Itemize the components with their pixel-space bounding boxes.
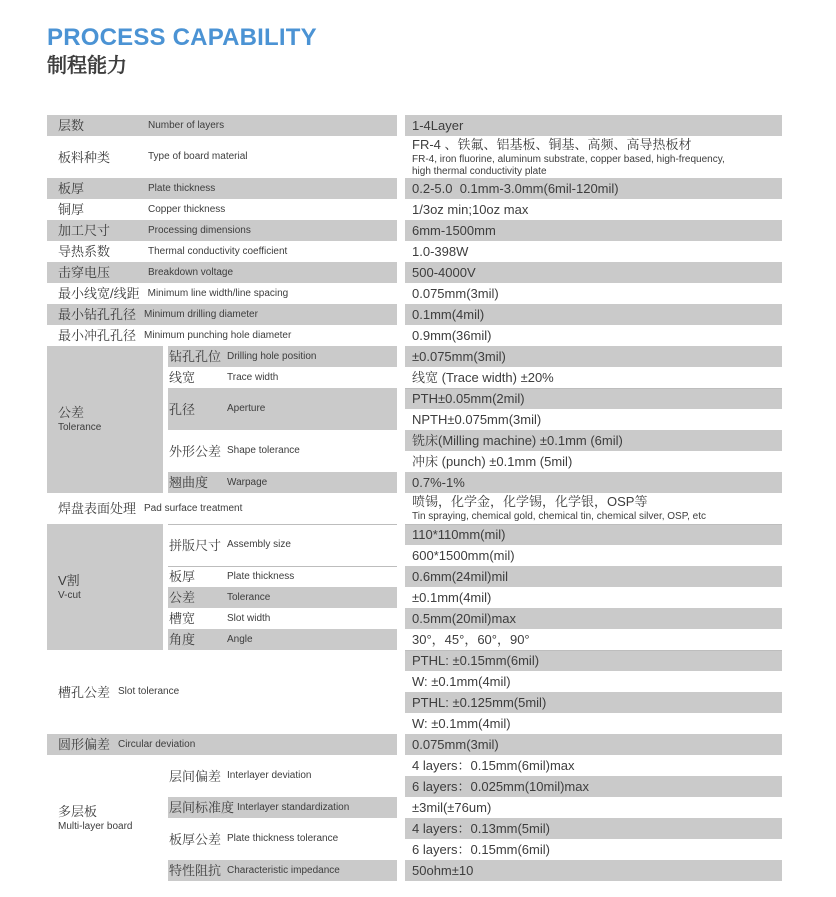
sub-label-zh: 角度 [169, 632, 224, 647]
value-text: 0.6mm(24mil)mil [412, 569, 508, 585]
value-cell: PTHL: ±0.15mm(6mil) [405, 650, 782, 671]
sub-label-zh: 板厚 [169, 569, 224, 584]
value-cell: ±0.1mm(4mil) [405, 587, 782, 608]
page-header: PROCESS CAPABILITY 制程能力 [47, 24, 836, 79]
row-label-zh: 最小钻孔孔径 [58, 307, 136, 322]
sub-label-zh: 外形公差 [169, 444, 224, 459]
sub-label-zh: 槽宽 [169, 611, 224, 626]
row-label-zh: 板料种类 [58, 150, 148, 165]
value-text: W: ±0.1mm(4mil) [412, 716, 511, 732]
row-label: 最小冲孔孔径Minimum punching hole diameter [47, 325, 397, 346]
value-text: 冲床 (punch) ±0.1mm (5mil) [412, 454, 572, 470]
value-subtext: Tin spraying, chemical gold, chemical ti… [412, 511, 706, 523]
row-label-en: Copper thickness [148, 204, 225, 216]
value-cell: 0.075mm(3mil) [405, 734, 782, 755]
value-cell: ±0.075mm(3mil) [405, 346, 782, 367]
group-label: 多层板Multi-layer board [47, 755, 163, 881]
row-label-zh: 槽孔公差 [58, 685, 110, 700]
value-cell: 1/3oz min;10oz max [405, 199, 782, 220]
value-text: W: ±0.1mm(4mil) [412, 674, 511, 690]
value-text: 50ohm±10 [412, 863, 473, 879]
sub-label: 拼版尺寸Assembly size [168, 524, 397, 566]
value-text: NPTH±0.075mm(3mil) [412, 412, 541, 428]
sub-label-en: Plate thickness tolerance [227, 833, 338, 845]
value-text: 4 layers：0.13mm(5mil) [412, 821, 550, 837]
value-cell: 0.2-5.0 0.1mm-3.0mm(6mil-120mil) [405, 178, 782, 199]
value-text: ±0.075mm(3mil) [412, 349, 506, 365]
sub-label-en: Tolerance [227, 592, 270, 604]
sub-label: 层间标准度Interlayer standardization [168, 797, 397, 818]
value-text: 喷锡，化学金，化学锡，化学银，OSP等 [412, 494, 647, 510]
sub-label: 线宽Trace width [168, 367, 397, 388]
sub-label-en: Plate thickness [227, 571, 294, 583]
value-text: PTH±0.05mm(2mil) [412, 391, 525, 407]
row-label-zh: 最小线宽/线距 [58, 286, 140, 301]
value-text: 线宽 (Trace width) ±20% [412, 370, 554, 386]
sub-label-zh: 翘曲度 [169, 475, 224, 490]
row-label-zh: 加工尺寸 [58, 223, 148, 238]
sub-label: 槽宽Slot width [168, 608, 397, 629]
sub-label-en: Trace width [227, 372, 278, 384]
group-label-en: Multi-layer board [58, 821, 132, 833]
sub-label-zh: 孔径 [169, 402, 224, 417]
process-capability-table: 层数Number of layers1-4Layer板料种类Type of bo… [47, 115, 782, 881]
sub-label-zh: 板厚公差 [169, 832, 224, 847]
sub-label-en: Slot width [227, 613, 270, 625]
value-cell: 铣床(Milling machine) ±0.1mm (6mil) [405, 430, 782, 451]
value-text: ±3mil(±76um) [412, 800, 491, 816]
row-label: 导热系数Thermal conductivity coefficient [47, 241, 397, 262]
value-cell: 4 layers：0.13mm(5mil) [405, 818, 782, 839]
value-text: 0.5mm(20mil)max [412, 611, 516, 627]
row-label-zh: 最小冲孔孔径 [58, 328, 136, 343]
value-text: 0.9mm(36mil) [412, 328, 491, 344]
row-label: 板料种类Type of board material [47, 136, 397, 178]
page-title-chinese: 制程能力 [47, 53, 836, 79]
sub-label: 孔径Aperture [168, 388, 397, 430]
value-cell: 4 layers：0.15mm(6mil)max [405, 755, 782, 776]
value-text: 0.075mm(3mil) [412, 737, 499, 753]
value-cell: 线宽 (Trace width) ±20% [405, 367, 782, 388]
value-text: 6 layers：0.15mm(6mil) [412, 842, 550, 858]
sub-label: 公差Tolerance [168, 587, 397, 608]
value-text: 0.2-5.0 0.1mm-3.0mm(6mil-120mil) [412, 181, 619, 197]
row-label-en: Type of board material [148, 151, 248, 163]
row-label-en: Minimum punching hole diameter [144, 330, 291, 342]
value-cell: W: ±0.1mm(4mil) [405, 713, 782, 734]
sub-label-en: Interlayer standardization [237, 802, 349, 814]
row-label: 击穿电压Breakdown voltage [47, 262, 397, 283]
value-cell: 1.0-398W [405, 241, 782, 262]
sub-label-zh: 公差 [169, 590, 224, 605]
value-cell: 0.5mm(20mil)max [405, 608, 782, 629]
row-label-zh: 导热系数 [58, 244, 148, 259]
row-label-en: Pad surface treatment [144, 503, 242, 515]
row-label: 圆形偏差Circular deviation [47, 734, 397, 755]
row-label: 最小线宽/线距Minimum line width/line spacing [47, 283, 397, 304]
row-label: 槽孔公差Slot tolerance [47, 650, 397, 734]
row-label-en: Processing dimensions [148, 225, 251, 237]
value-cell: FR-4 、铁氟、铝基板、铜基、高频、高导热板材FR-4, iron fluor… [405, 136, 782, 178]
sub-label-en: Drilling hole position [227, 351, 317, 363]
row-label: 铜厚Copper thickness [47, 199, 397, 220]
value-cell: ±3mil(±76um) [405, 797, 782, 818]
value-text: 30°，45°，60°，90° [412, 632, 530, 648]
group-label-zh: 多层板 [58, 804, 97, 819]
row-label-en: Circular deviation [118, 739, 195, 751]
value-cell: NPTH±0.075mm(3mil) [405, 409, 782, 430]
value-text: 6mm-1500mm [412, 223, 496, 239]
value-cell: 6mm-1500mm [405, 220, 782, 241]
value-cell: PTH±0.05mm(2mil) [405, 388, 782, 409]
sub-label-en: Characteristic impedance [227, 865, 340, 877]
group-label-zh: 公差 [58, 405, 84, 420]
row-label-en: Thermal conductivity coefficient [148, 246, 287, 258]
group-label-zh: V割 [58, 573, 80, 588]
page-title-english: PROCESS CAPABILITY [47, 24, 836, 52]
value-cell: 110*110mm(mil) [405, 524, 782, 545]
value-cell: 50ohm±10 [405, 860, 782, 881]
value-cell: 0.1mm(4mil) [405, 304, 782, 325]
row-label-en: Slot tolerance [118, 686, 179, 698]
sub-label: 特性阻抗Characteristic impedance [168, 860, 397, 881]
value-text: 1-4Layer [412, 118, 463, 134]
row-label-en: Minimum drilling diameter [144, 309, 258, 321]
value-subtext: FR-4, iron fluorine, aluminum substrate,… [412, 154, 725, 177]
group-label-en: Tolerance [58, 422, 101, 434]
row-label-zh: 圆形偏差 [58, 737, 110, 752]
sub-label: 钻孔孔位Drilling hole position [168, 346, 397, 367]
value-text: 110*110mm(mil) [412, 527, 505, 543]
row-label: 层数Number of layers [47, 115, 397, 136]
row-label-en: Plate thickness [148, 183, 215, 195]
value-cell: W: ±0.1mm(4mil) [405, 671, 782, 692]
row-label: 焊盘表面处理Pad surface treatment [47, 493, 397, 524]
value-cell: 600*1500mm(mil) [405, 545, 782, 566]
sub-label-en: Shape tolerance [227, 445, 300, 457]
sub-label-en: Assembly size [227, 539, 291, 551]
value-text: PTHL: ±0.125mm(5mil) [412, 695, 546, 711]
value-text: PTHL: ±0.15mm(6mil) [412, 653, 539, 669]
value-text: 0.075mm(3mil) [412, 286, 499, 302]
row-label-zh: 板厚 [58, 181, 148, 196]
value-text: 0.7%-1% [412, 475, 465, 491]
group-label: 公差Tolerance [47, 346, 163, 493]
value-cell: 0.6mm(24mil)mil [405, 566, 782, 587]
row-label-en: Minimum line width/line spacing [148, 288, 289, 300]
value-cell: 喷锡，化学金，化学锡，化学银，OSP等Tin spraying, chemica… [405, 493, 782, 524]
sub-label-en: Angle [227, 634, 253, 646]
value-text: 0.1mm(4mil) [412, 307, 484, 323]
process-capability-page: PROCESS CAPABILITY 制程能力 层数Number of laye… [0, 0, 836, 897]
value-text: 600*1500mm(mil) [412, 548, 515, 564]
row-label-en: Number of layers [148, 120, 224, 132]
group-label-en: V-cut [58, 590, 81, 602]
value-cell: 6 layers：0.15mm(6mil) [405, 839, 782, 860]
value-text: ±0.1mm(4mil) [412, 590, 491, 606]
sub-label-en: Interlayer deviation [227, 770, 312, 782]
value-cell: 0.7%-1% [405, 472, 782, 493]
sub-label-zh: 拼版尺寸 [169, 538, 224, 553]
value-text: 1.0-398W [412, 244, 468, 260]
sub-label-zh: 层间偏差 [169, 769, 224, 784]
sub-label: 外形公差Shape tolerance [168, 430, 397, 472]
value-cell: PTHL: ±0.125mm(5mil) [405, 692, 782, 713]
sub-label-zh: 特性阻抗 [169, 863, 224, 878]
row-label-zh: 铜厚 [58, 202, 148, 217]
group-label: V割V-cut [47, 524, 163, 650]
row-label-zh: 层数 [58, 118, 148, 133]
sub-label-zh: 钻孔孔位 [169, 349, 224, 364]
sub-label-en: Warpage [227, 477, 267, 489]
sub-label: 层间偏差Interlayer deviation [168, 755, 397, 797]
value-cell: 6 layers：0.025mm(10mil)max [405, 776, 782, 797]
value-cell: 0.075mm(3mil) [405, 283, 782, 304]
value-cell: 0.9mm(36mil) [405, 325, 782, 346]
sub-label-zh: 线宽 [169, 370, 224, 385]
value-cell: 1-4Layer [405, 115, 782, 136]
sub-label: 翘曲度Warpage [168, 472, 397, 493]
value-text: 铣床(Milling machine) ±0.1mm (6mil) [412, 433, 623, 449]
value-cell: 500-4000V [405, 262, 782, 283]
value-text: 1/3oz min;10oz max [412, 202, 528, 218]
value-text: 6 layers：0.025mm(10mil)max [412, 779, 589, 795]
sub-label-zh: 层间标准度 [169, 800, 234, 815]
sub-label: 角度Angle [168, 629, 397, 650]
value-cell: 30°，45°，60°，90° [405, 629, 782, 650]
value-text: 4 layers：0.15mm(6mil)max [412, 758, 575, 774]
value-text: 500-4000V [412, 265, 476, 281]
row-label-en: Breakdown voltage [148, 267, 233, 279]
value-cell: 冲床 (punch) ±0.1mm (5mil) [405, 451, 782, 472]
sub-label: 板厚Plate thickness [168, 566, 397, 587]
row-label: 加工尺寸Processing dimensions [47, 220, 397, 241]
sub-label-en: Aperture [227, 403, 265, 415]
sub-label: 板厚公差Plate thickness tolerance [168, 818, 397, 860]
row-label-zh: 击穿电压 [58, 265, 148, 280]
value-text: FR-4 、铁氟、铝基板、铜基、高频、高导热板材 [412, 137, 692, 153]
row-label-zh: 焊盘表面处理 [58, 501, 136, 516]
row-label: 板厚Plate thickness [47, 178, 397, 199]
row-label: 最小钻孔孔径Minimum drilling diameter [47, 304, 397, 325]
